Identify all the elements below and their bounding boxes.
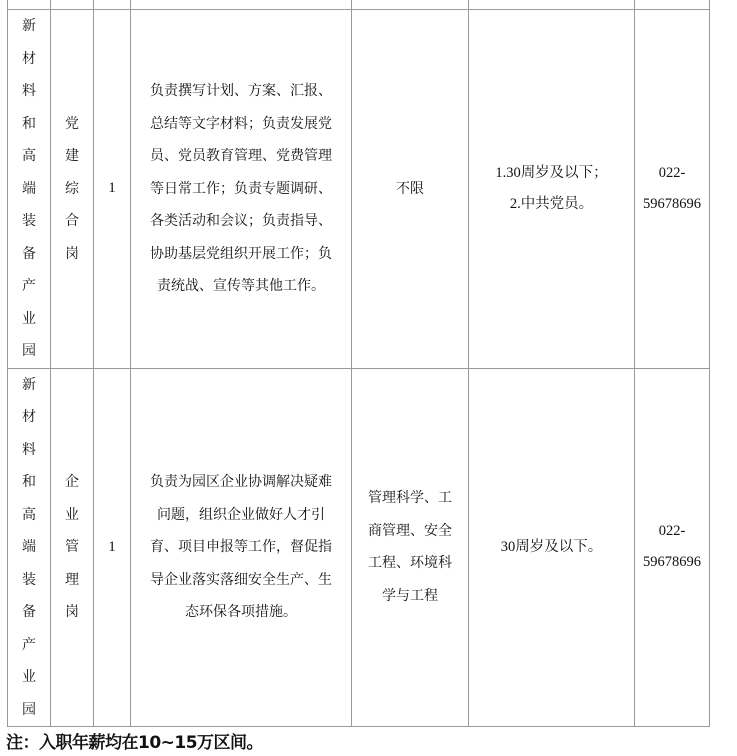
park-char: 新: [8, 369, 50, 402]
duties-line: 责统战、宣传等其他工作。: [143, 270, 339, 303]
major-line: 工程、环境科: [360, 547, 460, 580]
position-cell: 企 业 管 理 岗: [51, 368, 94, 727]
major-line: 管理科学、工: [360, 482, 460, 515]
duties-line: 育、项目申报等工作，督促指: [143, 531, 339, 564]
table-row: 新 材 料 和 高 端 装 备 产 业 园 党 建 综 合 岗 1 负责撰写计划…: [8, 10, 710, 369]
major-cell: 管理科学、工 商管理、安全 工程、环境科 学与工程: [352, 368, 469, 727]
park-char: 产: [8, 270, 50, 303]
requirements-cell: 30周岁及以下。: [469, 368, 635, 727]
major-cell: 不限: [352, 10, 469, 369]
duties-line: 员、党员教育管理、党费管理: [143, 140, 339, 173]
count-cell: 1: [94, 10, 131, 369]
position-char: 合: [51, 205, 93, 238]
position-char: 岗: [51, 596, 93, 629]
position-char: 管: [51, 531, 93, 564]
park-char: 端: [8, 531, 50, 564]
phone-line: 022-: [635, 158, 709, 189]
duties-line: 问题，组织企业做好人才引: [143, 499, 339, 532]
park-char: 材: [8, 43, 50, 76]
phone-line: 022-: [635, 516, 709, 547]
park-char: 装: [8, 205, 50, 238]
duties-cell: 负责撰写计划、方案、汇报、 总结等文字材料；负责发展党 员、党员教育管理、党费管…: [131, 10, 352, 369]
count-cell: 1: [94, 368, 131, 727]
park-char: 和: [8, 108, 50, 141]
requirement-line: 1.30周岁及以下；: [469, 158, 634, 189]
park-char: 园: [8, 335, 50, 368]
duties-line: 负责撰写计划、方案、汇报、: [143, 75, 339, 108]
position-char: 企: [51, 466, 93, 499]
park-char: 高: [8, 499, 50, 532]
park-char: 料: [8, 434, 50, 467]
major-line: 不限: [360, 173, 460, 206]
duties-cell: 负责为园区企业协调解决疑难 问题，组织企业做好人才引 育、项目申报等工作，督促指…: [131, 368, 352, 727]
position-char: 业: [51, 499, 93, 532]
position-char: 党: [51, 108, 93, 141]
park-char: 料: [8, 75, 50, 108]
position-char: 综: [51, 173, 93, 206]
major-line: 学与工程: [360, 580, 460, 613]
park-char: 和: [8, 466, 50, 499]
park-char: 材: [8, 401, 50, 434]
duties-line: 态环保各项措施。: [143, 596, 339, 629]
position-char: 建: [51, 140, 93, 173]
park-char: 新: [8, 10, 50, 43]
duties-line: 总结等文字材料；负责发展党: [143, 108, 339, 141]
duties-line: 协助基层党组织开展工作；负: [143, 238, 339, 271]
park-char: 产: [8, 629, 50, 662]
positions-table: 新 材 料 和 高 端 装 备 产 业 园 党 建 综 合 岗 1 负责撰写计划…: [7, 0, 710, 727]
requirement-line: 2.中共党员。: [469, 189, 634, 220]
park-char: 园: [8, 694, 50, 727]
phone-line: 59678696: [635, 189, 709, 220]
major-line: 商管理、安全: [360, 515, 460, 548]
park-cell: 新 材 料 和 高 端 装 备 产 业 园: [8, 10, 51, 369]
requirements-cell: 1.30周岁及以下； 2.中共党员。: [469, 10, 635, 369]
position-char: 理: [51, 564, 93, 597]
duties-line: 等日常工作；负责专题调研、: [143, 173, 339, 206]
park-cell: 新 材 料 和 高 端 装 备 产 业 园: [8, 368, 51, 727]
table-row: 新 材 料 和 高 端 装 备 产 业 园 企 业 管 理 岗 1 负责为园区企…: [8, 368, 710, 727]
phone-cell: 022- 59678696: [635, 10, 710, 369]
phone-cell: 022- 59678696: [635, 368, 710, 727]
phone-line: 59678696: [635, 547, 709, 578]
park-char: 业: [8, 661, 50, 694]
position-char: 岗: [51, 238, 93, 271]
park-char: 业: [8, 303, 50, 336]
table-row-stub: [8, 0, 710, 10]
park-char: 端: [8, 173, 50, 206]
park-char: 备: [8, 238, 50, 271]
park-char: 装: [8, 564, 50, 597]
duties-line: 各类活动和会议；负责指导、: [143, 205, 339, 238]
position-cell: 党 建 综 合 岗: [51, 10, 94, 369]
requirement-line: 30周岁及以下。: [469, 532, 634, 563]
park-char: 备: [8, 596, 50, 629]
duties-line: 导企业落实落细安全生产、生: [143, 564, 339, 597]
salary-note: 注：入职年薪均在10~15万区间。: [6, 728, 263, 753]
duties-line: 负责为园区企业协调解决疑难: [143, 466, 339, 499]
park-char: 高: [8, 140, 50, 173]
